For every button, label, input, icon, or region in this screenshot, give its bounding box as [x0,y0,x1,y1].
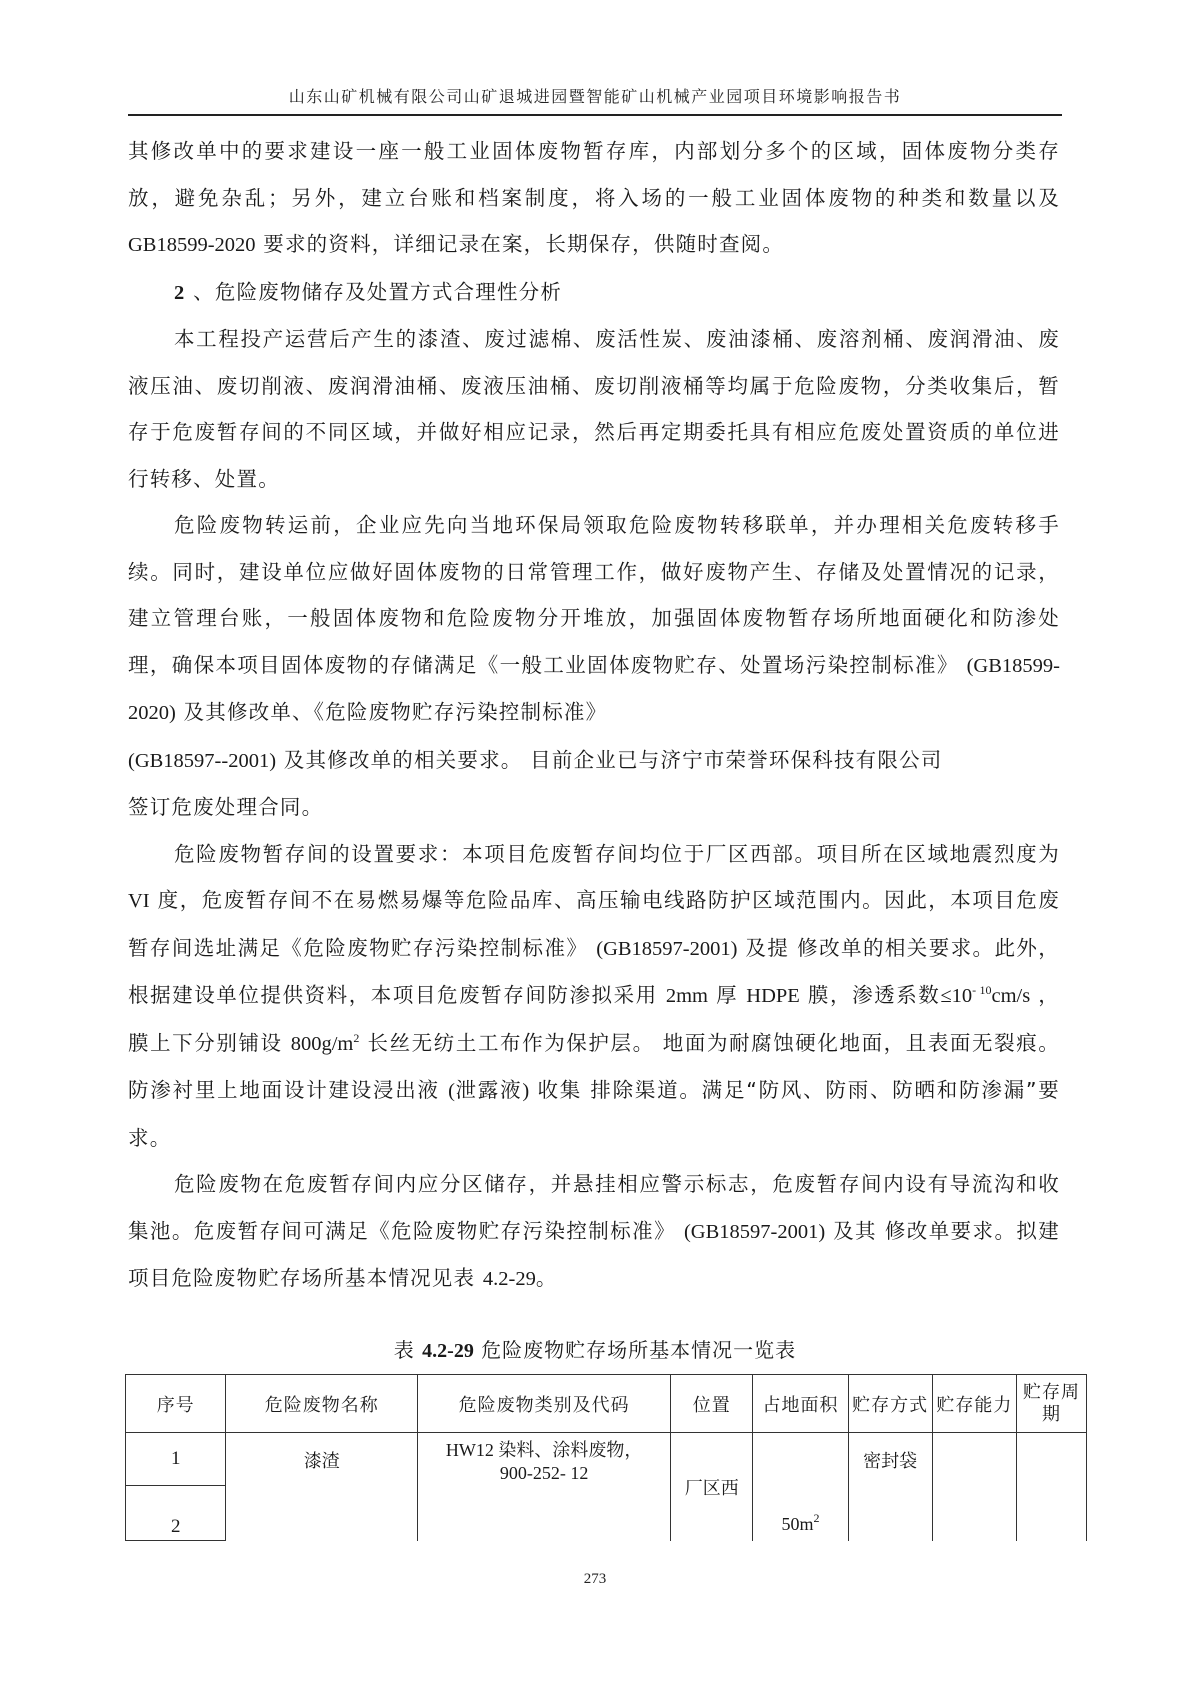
text-span: 危险废物暂存间的设置要求：本项目危废暂存间均位于厂区西部。项目所在区域地震烈度为 [174,842,1060,866]
hazardous-waste-storage-table: 序号 危险废物名称 危险废物类别及代码 位置 占地面积 贮存方式 贮存能力 贮存… [125,1374,1087,1541]
caption-number: 4.2-29 [422,1340,474,1362]
column-header-storage-capacity: 贮存能力 [932,1375,1016,1433]
section-title: 、危险废物储存及处置方式合理性分析 [185,280,562,304]
column-header-category-code: 危险废物类别及代码 [418,1375,671,1433]
permeability-value: ≤10 [940,985,972,1007]
text-span: 及其修改单的相关要求。 目前企业已与济宁市荣誉环保科技有限公司 [276,748,942,772]
paren-open: ( [448,1080,455,1102]
intensity-value: VI [128,890,150,912]
standard-code: (GB18597--2001) [128,750,276,772]
column-header-storage-period: 贮存周期 [1017,1375,1087,1433]
fabric-weight: 800g/m [291,1033,354,1055]
paragraph-hazardous-waste-list: 本工程投产运营后产生的漆渣、废过滤棉、废活性炭、废油漆桶、废溶剂桶、废润滑油、废… [128,316,1060,502]
column-header-area: 占地面积 [753,1375,848,1433]
text-span: 要求的资料，详细记录在案，长期保存，供随时查阅。 [256,232,785,256]
column-header-waste-name: 危险废物名称 [226,1375,418,1433]
text-span: 泄露液 [455,1078,522,1102]
caption-title: 危险废物贮存场所基本情况一览表 [474,1338,796,1362]
table-caption: 表 4.2-29 危险废物贮存场所基本情况一览表 [128,1334,1062,1363]
standard-code: (GB18597-2001) [684,1221,825,1243]
text-span: 危险废物转运前，企业应先向当地环保局领取危险废物转移联单，并办理相关危废转移手续… [128,513,1060,677]
thickness-value: 2mm [666,985,708,1007]
text-span: 。 [536,1266,558,1290]
text-span: 及其修改单、《危险废物贮存污染控制标准》 [176,700,607,724]
caption-prefix: 表 [394,1338,422,1362]
cell-storage-method: 密封袋 [848,1433,932,1541]
text-span: 签订危废处理合同。 [128,795,323,819]
table-header-row: 序号 危险废物名称 危险废物类别及代码 位置 占地面积 贮存方式 贮存能力 贮存… [126,1375,1087,1433]
standard-code: (GB18597-2001) [596,938,737,960]
permeability-exponent: - 10 [972,983,991,997]
cell-category-code: HW12 染料、涂料废物，900-252- 12 [418,1433,671,1541]
paragraph-storage-room-requirements: 危险废物暂存间的设置要求：本项目危废暂存间均位于厂区西部。项目所在区域地震烈度为… [128,831,1060,1162]
area-value: 50m [781,1514,813,1534]
column-header-location: 位置 [671,1375,753,1433]
paragraph-general-waste-storage: 其修改单中的要求建设一座一般工业固体废物暂存库，内部划分多个的区域，固体废物分类… [128,128,1060,269]
code-number: 900-252- 12 [500,1463,589,1483]
material-name: HDPE [746,985,800,1007]
document-header-title: 山东山矿机械有限公司山矿退城进园暨智能矿山机械产业园项目环境影响报告书 [128,84,1062,107]
cell-seq: 1 [126,1433,226,1486]
code-category: 染料、涂料废物， [498,1440,642,1461]
page-number: 273 [0,1571,1190,1588]
area-exponent: 2 [814,1511,820,1525]
standard-code: GB18599-2020 [128,234,256,256]
text-span: 厚 [708,983,746,1007]
cell-storage-capacity [932,1433,1016,1541]
header-divider [128,114,1062,116]
section-heading: 2 、危险废物储存及处置方式合理性分析 [128,269,1060,317]
cell-storage-period [1017,1433,1087,1541]
cell-seq: 2 [126,1486,226,1541]
cell-area: 50m2 [753,1433,848,1541]
column-header-seq: 序号 [126,1375,226,1433]
code-prefix: HW12 [446,1440,499,1460]
table-row: 1 漆渣 HW12 染料、涂料废物，900-252- 12 厂区西 50m2 密… [126,1433,1087,1486]
column-header-storage-method: 贮存方式 [848,1375,932,1433]
text-span: 其修改单中的要求建设一座一般工业固体废物暂存库，内部划分多个的区域，固体废物分类… [128,139,1060,210]
text-span: 膜，渗透系数 [800,983,941,1007]
cell-waste-name: 漆渣 [226,1433,418,1541]
paragraph-zoned-storage: 危险废物在危废暂存间内应分区储存，并悬挂相应警示标志，危废暂存间内设有导流沟和收… [128,1161,1060,1303]
document-body: 其修改单中的要求建设一座一般工业固体废物暂存库，内部划分多个的区域，固体废物分类… [128,128,1060,1303]
cell-location: 厂区西 [671,1433,753,1541]
section-number: 2 [174,282,185,304]
permeability-unit: cm/s [992,985,1031,1007]
table-reference: 4.2-29 [483,1268,536,1290]
paragraph-transfer-requirements: 危险废物转运前，企业应先向当地环保局领取危险废物转移联单，并办理相关危废转移手续… [128,502,1060,831]
